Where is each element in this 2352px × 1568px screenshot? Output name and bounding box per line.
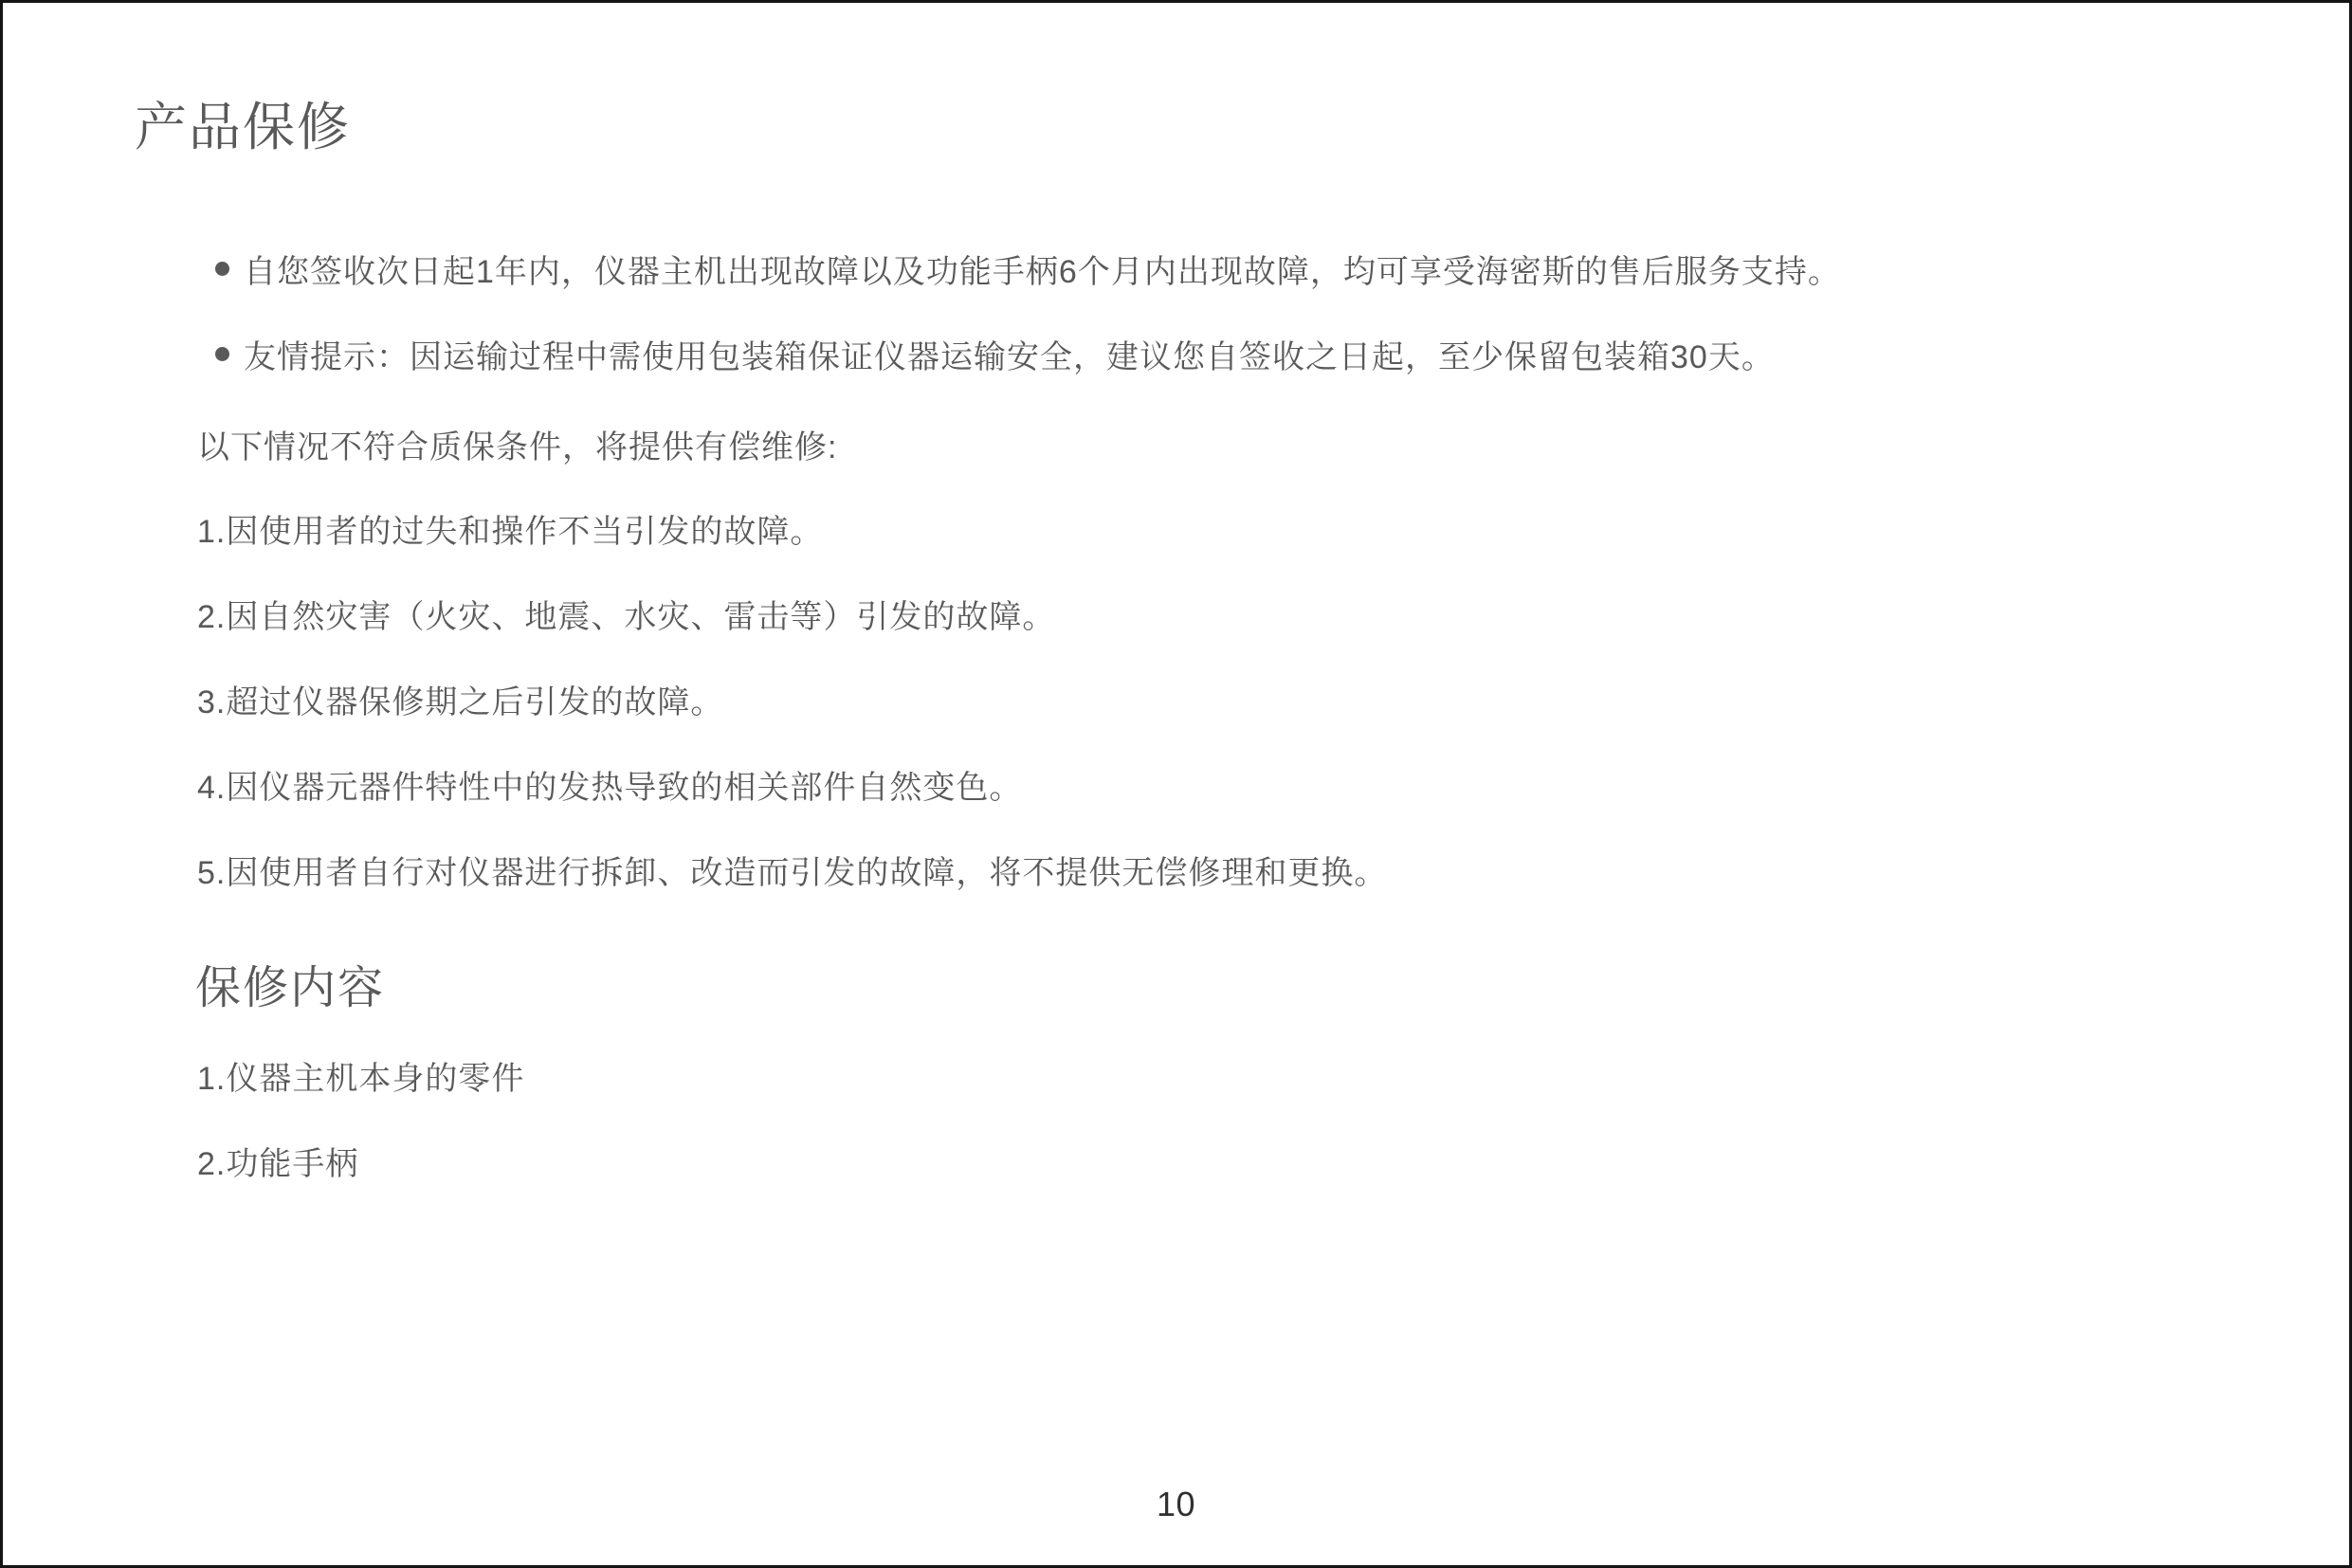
manual-page: 产品保修 自您签收次日起1年内，仪器主机出现故障以及功能手柄6个月内出现故障，均… [0,0,2352,1568]
bullet-dot-icon [215,347,229,361]
bullet-item: 友情提示：因运输过程中需使用包装箱保证仪器运输安全，建议您自签收之日起，至少保留… [215,331,1775,377]
paid-repair-condition: 5.因使用者自行对仪器进行拆卸、改造而引发的故障，将不提供无偿修理和更换。 [197,852,1387,894]
paid-repair-condition: 3.超过仪器保修期之后引发的故障。 [197,682,723,723]
warranty-item: 2.功能手柄 [197,1143,358,1185]
bullet-text: 友情提示：因运输过程中需使用包装箱保证仪器运输安全，建议您自签收之日起，至少保留… [244,331,1775,377]
paid-repair-condition: 4.因仪器元器件特性中的发热导致的相关部件自然变色。 [197,767,1022,809]
paid-repair-condition: 1.因使用者的过失和操作不当引发的故障。 [197,511,823,553]
warranty-section-title: 保修内容 [195,951,385,1016]
warranty-item: 1.仪器主机本身的零件 [197,1058,524,1100]
paid-repair-condition: 2.因自然灾害（火灾、地震、水灾、雷击等）引发的故障。 [197,596,1055,638]
bullet-dot-icon [215,262,229,276]
bullet-item: 自您签收次日起1年内，仪器主机出现故障以及功能手柄6个月内出现故障，均可享受海密… [215,246,1841,292]
page-number: 10 [3,1485,2349,1524]
bullet-text: 自您签收次日起1年内，仪器主机出现故障以及功能手柄6个月内出现故障，均可享受海密… [244,246,1841,292]
page-title: 产品保修 [135,96,351,158]
paid-repair-intro: 以下情况不符合质保条件，将提供有偿维修: [197,427,837,468]
